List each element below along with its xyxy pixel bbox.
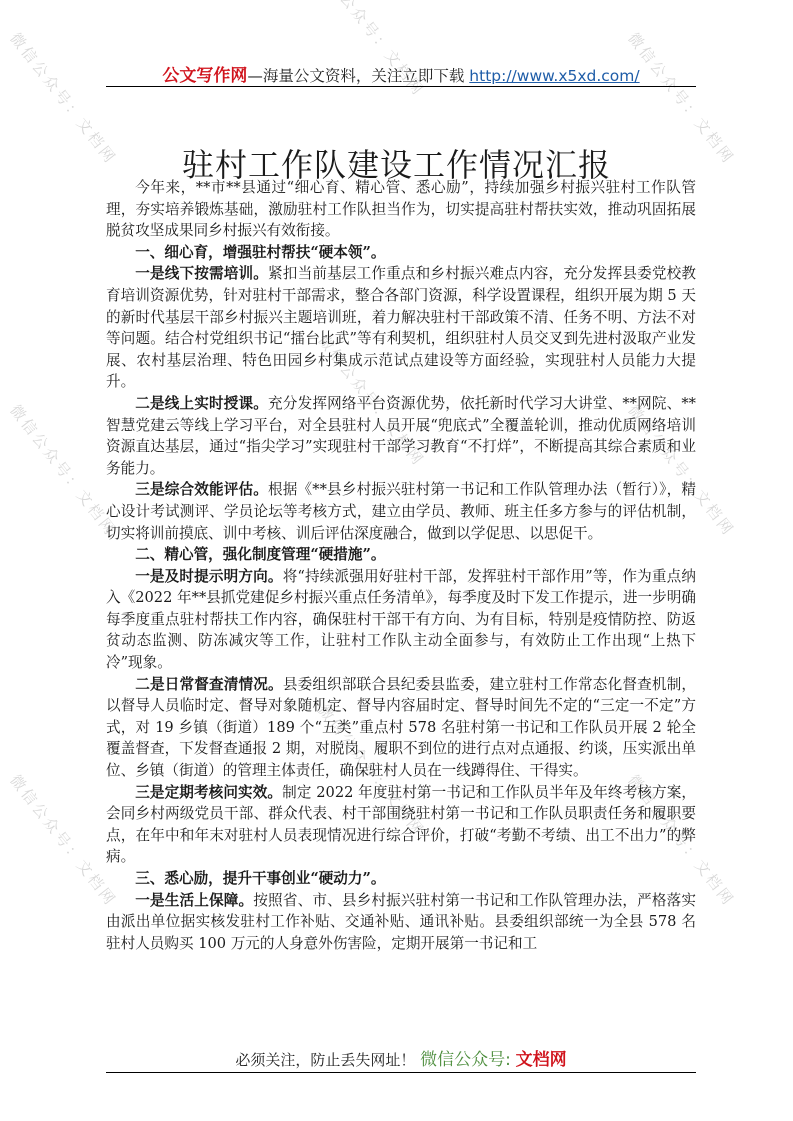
footer-notice: 必须关注，防止丢失网址！ [235, 1051, 415, 1069]
paragraph-lead: 一是及时提示明方向。 [135, 568, 283, 585]
paragraph-lead: 三是综合效能评估。 [135, 481, 268, 498]
intro-paragraph: 今年来，**市**县通过“细心育、精心管、悉心励”，持续加强乡村振兴驻村工作队管… [106, 177, 696, 242]
watermark: 微信公众号：文档网 [5, 770, 121, 911]
paragraph-lead: 二是线上实时授课。 [135, 395, 268, 412]
section-heading: 一、细心育，增强驻村帮扶“硬本领”。 [106, 242, 696, 264]
watermark: 微信公众号：文档网 [5, 400, 121, 541]
paragraph: 一是生活上保障。按照省、市、县乡村振兴驻村第一书记和工作队管理办法，严格落实由派… [106, 890, 696, 955]
paragraph-lead: 一是生活上保障。 [135, 892, 253, 909]
footer-wechat-label: 微信公众号: [420, 1050, 511, 1070]
page-header: 公文写作网—海量公文资料，关注立即下载 http://www.x5xd.com/ [106, 61, 696, 86]
section-heading: 二、精心管，强化制度管理“硬措施”。 [106, 544, 696, 566]
footer-divider [106, 1072, 696, 1073]
paragraph: 二是线上实时授课。充分发挥网络平台资源优势，依托新时代学习大讲堂、**网院、**… [106, 393, 696, 479]
paragraph-lead: 二是日常督查清情况。 [135, 676, 283, 693]
paragraph-lead: 一是线下按需培训。 [135, 265, 268, 282]
page-footer: 必须关注，防止丢失网址！ 微信公众号: 文档网 [106, 1045, 696, 1070]
document-body: 今年来，**市**县通过“细心育、精心管、悉心励”，持续加强乡村振兴驻村工作队管… [106, 177, 696, 954]
paragraph: 三是定期考核问实效。制定 2022 年度驻村第一书记和工作队员半年及年终考核方案… [106, 782, 696, 868]
paragraph: 二是日常督查清情况。县委组织部联合县纪委县监委，建立驻村工作常态化督查机制，以督… [106, 674, 696, 782]
header-brand: 公文写作网 [162, 66, 247, 86]
paragraph: 一是及时提示明方向。将“持续派强用好驻村干部，发挥驻村干部作用”等，作为重点纳入… [106, 566, 696, 674]
header-divider [106, 86, 696, 87]
paragraph-text: 紧扣当前基层工作重点和乡村振兴难点内容，充分发挥县委党校教育培训资源优势，针对驻… [106, 265, 696, 390]
paragraph-lead: 三是定期考核问实效。 [135, 784, 282, 801]
footer-brand: 文档网 [516, 1050, 567, 1070]
header-tagline: —海量公文资料，关注立即下载 [247, 67, 469, 85]
header-link[interactable]: http://www.x5xd.com/ [469, 67, 639, 85]
section-heading: 三、悉心励，提升干事创业“硬动力”。 [106, 868, 696, 890]
paragraph: 三是综合效能评估。根据《**县乡村振兴驻村第一书记和工作队管理办法（暂行）》，精… [106, 479, 696, 544]
paragraph: 一是线下按需培训。紧扣当前基层工作重点和乡村振兴难点内容，充分发挥县委党校教育培… [106, 263, 696, 393]
